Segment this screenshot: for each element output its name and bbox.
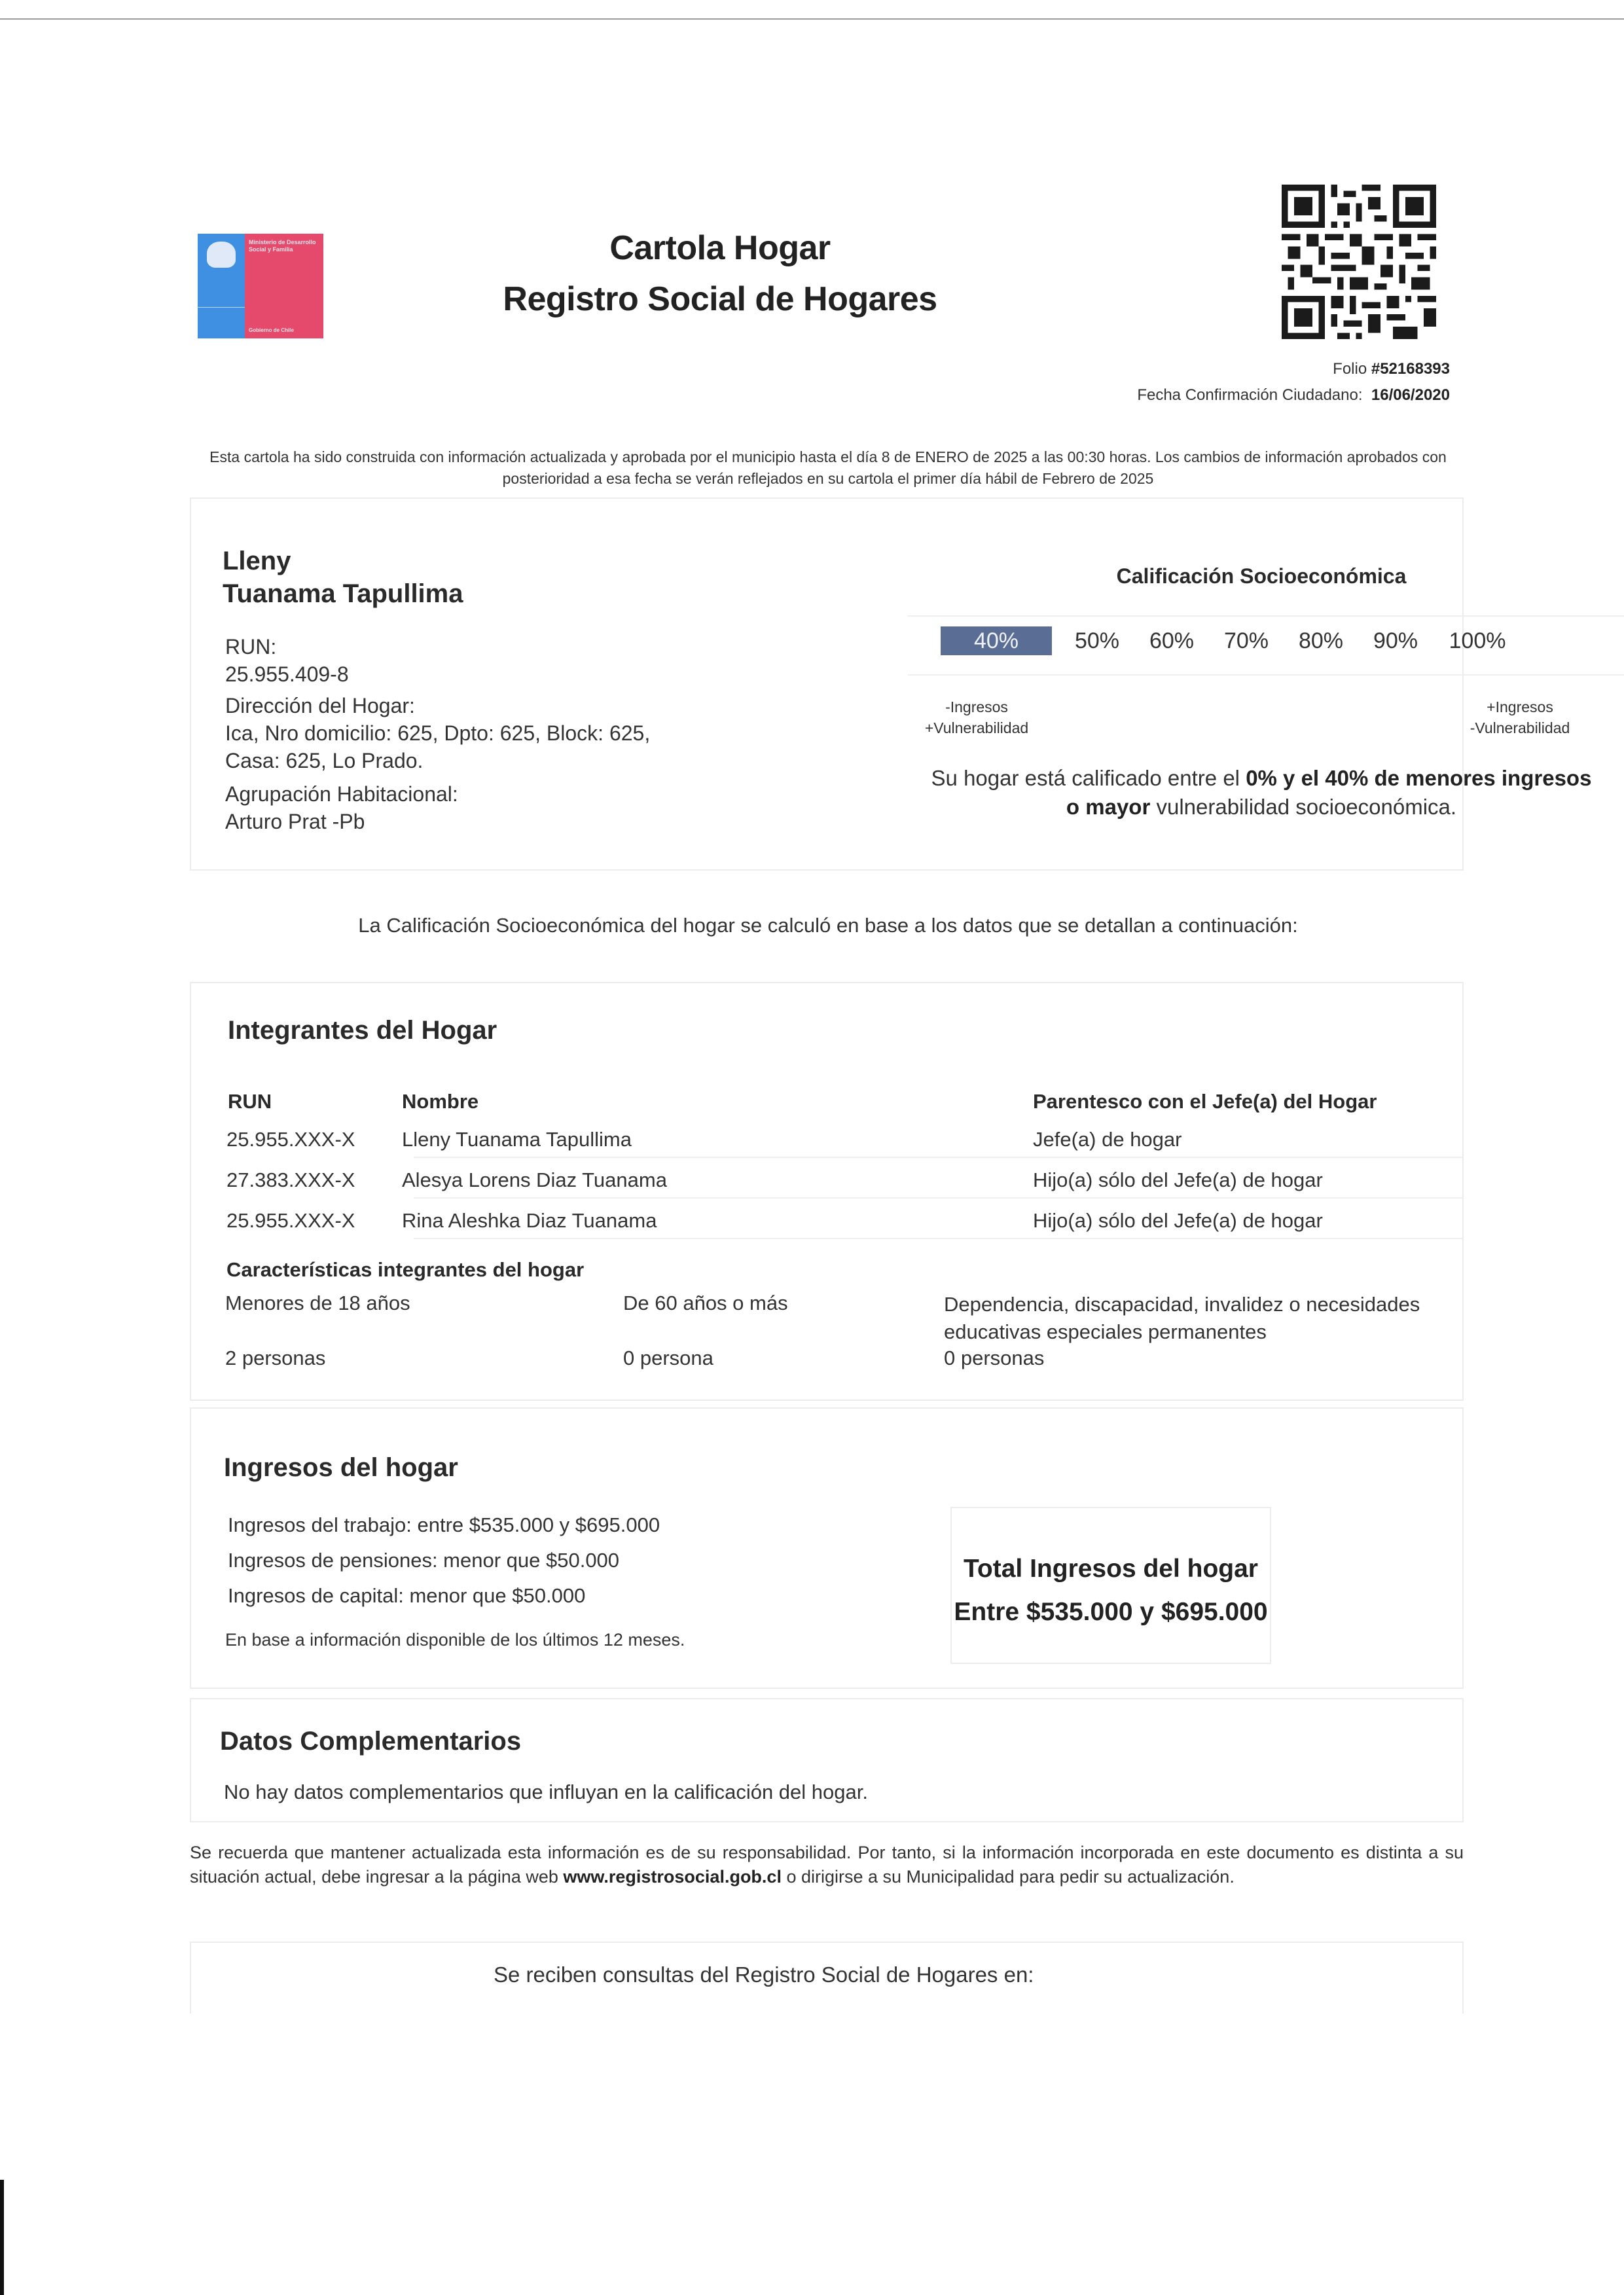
run-value: 25.955.409-8 xyxy=(225,660,349,688)
summary-range: 0% y el 40% de menores ingresos xyxy=(1246,766,1591,790)
scale-bottom-rule xyxy=(908,674,1624,676)
summary-prefix: Su hogar está calificado entre el xyxy=(931,766,1246,790)
coat-of-arms-icon xyxy=(207,242,236,268)
cell-parentesco: Hijo(a) sólo del Jefe(a) de hogar xyxy=(1033,1209,1323,1233)
legend-low-income: -Ingresos +Vulnerabilidad xyxy=(911,696,1042,738)
row-divider xyxy=(414,1197,1462,1199)
calificacion-scale: 40%50%60%70%80%90%100% xyxy=(941,626,1522,655)
title-line-1: Cartola Hogar xyxy=(419,223,1021,274)
person-name: Lleny Tuanama Tapullima xyxy=(223,545,463,610)
table-row: 25.955.XXX-XLleny Tuanama TapullimaJefe(… xyxy=(191,1119,1462,1159)
cell-run: 25.955.XXX-X xyxy=(226,1209,355,1233)
legend-left-line-2: +Vulnerabilidad xyxy=(911,717,1042,738)
agrupacion-label: Agrupación Habitacional: xyxy=(225,780,458,808)
reminder-text-end: o dirigirse a su Municipalidad para pedi… xyxy=(782,1867,1235,1887)
run-label: RUN: xyxy=(225,633,349,660)
fecha-label: Fecha Confirmación Ciudadano: xyxy=(1137,386,1362,404)
logo-ministry-text: Ministerio de Desarrollo Social y Famili… xyxy=(249,239,319,253)
folio-label: Folio xyxy=(1333,360,1367,378)
scale-step-40: 40% xyxy=(941,626,1052,655)
title-line-2: Registro Social de Hogares xyxy=(419,274,1021,325)
total-income: Total Ingresos del hogar Entre $535.000 … xyxy=(952,1547,1270,1634)
agrupacion-field: Agrupación Habitacional: Arturo Prat -Pb xyxy=(225,780,458,835)
total-income-value: Entre $535.000 y $695.000 xyxy=(952,1591,1270,1634)
col-header-nombre: Nombre xyxy=(402,1090,478,1113)
scale-top-rule xyxy=(908,615,1624,617)
address-label: Dirección del Hogar: xyxy=(225,692,650,719)
col-header-parentesco: Parentesco con el Jefe(a) del Hogar xyxy=(1033,1090,1377,1113)
agrupacion-value: Arturo Prat -Pb xyxy=(225,808,458,835)
carac-menores-value: 2 personas xyxy=(225,1345,325,1372)
cell-parentesco: Hijo(a) sólo del Jefe(a) de hogar xyxy=(1033,1168,1323,1192)
income-capital: Ingresos de capital: menor que $50.000 xyxy=(228,1584,585,1608)
income-work: Ingresos del trabajo: entre $535.000 y $… xyxy=(228,1513,660,1537)
scale-step-50: 50% xyxy=(1060,626,1134,655)
summary-bold-tail: o mayor xyxy=(1066,795,1150,819)
cell-parentesco: Jefe(a) de hogar xyxy=(1033,1128,1182,1151)
calculation-intro: La Calificación Socioeconómica del hogar… xyxy=(196,914,1460,937)
person-first-name: Lleny xyxy=(223,545,463,577)
household-summary-card: Lleny Tuanama Tapullima RUN: 25.955.409-… xyxy=(190,497,1464,871)
confirmation-date: Fecha Confirmación Ciudadano: 16/06/2020 xyxy=(1137,386,1450,405)
logo-blue-band xyxy=(198,234,245,338)
household-income-card: Ingresos del hogar Ingresos del trabajo:… xyxy=(190,1407,1464,1689)
update-notice: Esta cartola ha sido construida con info… xyxy=(196,446,1460,490)
scale-step-80: 80% xyxy=(1284,626,1358,655)
qr-code-icon xyxy=(1282,185,1436,339)
col-header-run: RUN xyxy=(228,1090,272,1113)
scale-step-70: 70% xyxy=(1209,626,1284,655)
consultations-card: Se reciben consultas del Registro Social… xyxy=(190,1942,1464,2014)
summary-suffix: vulnerabilidad socioeconómica. xyxy=(1150,795,1456,819)
scale-step-90: 90% xyxy=(1358,626,1433,655)
household-members-card: Integrantes del Hogar RUN Nombre Parente… xyxy=(190,982,1464,1401)
scan-edge-line xyxy=(0,18,1624,20)
cell-run: 27.383.XXX-X xyxy=(226,1168,355,1192)
calificacion-title: Calificación Socioeconómica xyxy=(918,564,1605,588)
row-divider xyxy=(414,1157,1462,1158)
folio-value: #52168393 xyxy=(1371,360,1450,378)
scale-step-100: 100% xyxy=(1433,626,1522,655)
cell-nombre: Rina Aleshka Diaz Tuanama xyxy=(402,1209,657,1233)
person-last-names: Tuanama Tapullima xyxy=(223,577,463,610)
consultations-text: Se reciben consultas del Registro Social… xyxy=(494,1962,1034,1987)
characteristics-title: Características integrantes del hogar xyxy=(226,1258,584,1282)
address-line-2: Casa: 625, Lo Prado. xyxy=(225,747,650,774)
cell-nombre: Alesya Lorens Diaz Tuanama xyxy=(402,1168,667,1192)
complementary-data-card: Datos Complementarios No hay datos compl… xyxy=(190,1698,1464,1822)
run-field: RUN: 25.955.409-8 xyxy=(225,633,349,688)
legend-left-line-1: -Ingresos xyxy=(911,696,1042,717)
cell-run: 25.955.XXX-X xyxy=(226,1128,355,1151)
income-pensions: Ingresos de pensiones: menor que $50.000 xyxy=(228,1549,619,1572)
document-title: Cartola Hogar Registro Social de Hogares xyxy=(419,223,1021,325)
carac-mayores-value: 0 persona xyxy=(623,1345,713,1372)
table-row: 25.955.XXX-XRina Aleshka Diaz TuanamaHij… xyxy=(191,1200,1462,1240)
carac-menores-label: Menores de 18 años xyxy=(225,1290,410,1317)
members-title: Integrantes del Hogar xyxy=(228,1016,497,1045)
legend-right-line-2: -Vulnerabilidad xyxy=(1448,717,1592,738)
address-line-1: Ica, Nro domicilio: 625, Dpto: 625, Bloc… xyxy=(225,719,650,747)
table-row: 27.383.XXX-XAlesya Lorens Diaz TuanamaHi… xyxy=(191,1159,1462,1200)
fecha-value: 16/06/2020 xyxy=(1371,386,1450,404)
income-title: Ingresos del hogar xyxy=(224,1453,458,1483)
logo-government-text: Gobierno de Chile xyxy=(249,327,294,333)
cell-nombre: Lleny Tuanama Tapullima xyxy=(402,1128,632,1151)
complementary-title: Datos Complementarios xyxy=(220,1727,521,1756)
carac-dependencia-value: 0 personas xyxy=(944,1345,1044,1372)
responsibility-reminder: Se recuerda que mantener actualizada est… xyxy=(190,1841,1464,1889)
calificacion-summary: Su hogar está calificado entre el 0% y e… xyxy=(898,764,1624,822)
carac-mayores-label: De 60 años o más xyxy=(623,1290,788,1317)
legend-high-income: +Ingresos -Vulnerabilidad xyxy=(1448,696,1592,738)
total-income-label: Total Ingresos del hogar xyxy=(952,1547,1270,1591)
scan-edge-mark xyxy=(0,2180,4,2295)
logo-red-band: Ministerio de Desarrollo Social y Famili… xyxy=(245,234,323,338)
folio-number: Folio #52168393 xyxy=(1333,360,1450,378)
complementary-text: No hay datos complementarios que influya… xyxy=(224,1780,868,1804)
row-divider xyxy=(414,1238,1462,1239)
logo-divider xyxy=(198,307,245,308)
income-note: En base a información disponible de los … xyxy=(225,1630,685,1650)
legend-right-line-1: +Ingresos xyxy=(1448,696,1592,717)
address-field: Dirección del Hogar: Ica, Nro domicilio:… xyxy=(225,692,650,774)
registro-social-link[interactable]: www.registrosocial.gob.cl xyxy=(563,1867,782,1887)
ministry-logo: Ministerio de Desarrollo Social y Famili… xyxy=(198,234,323,338)
scale-step-60: 60% xyxy=(1134,626,1209,655)
carac-dependencia-label: Dependencia, discapacidad, invalidez o n… xyxy=(944,1291,1461,1346)
total-income-box: Total Ingresos del hogar Entre $535.000 … xyxy=(950,1507,1271,1664)
